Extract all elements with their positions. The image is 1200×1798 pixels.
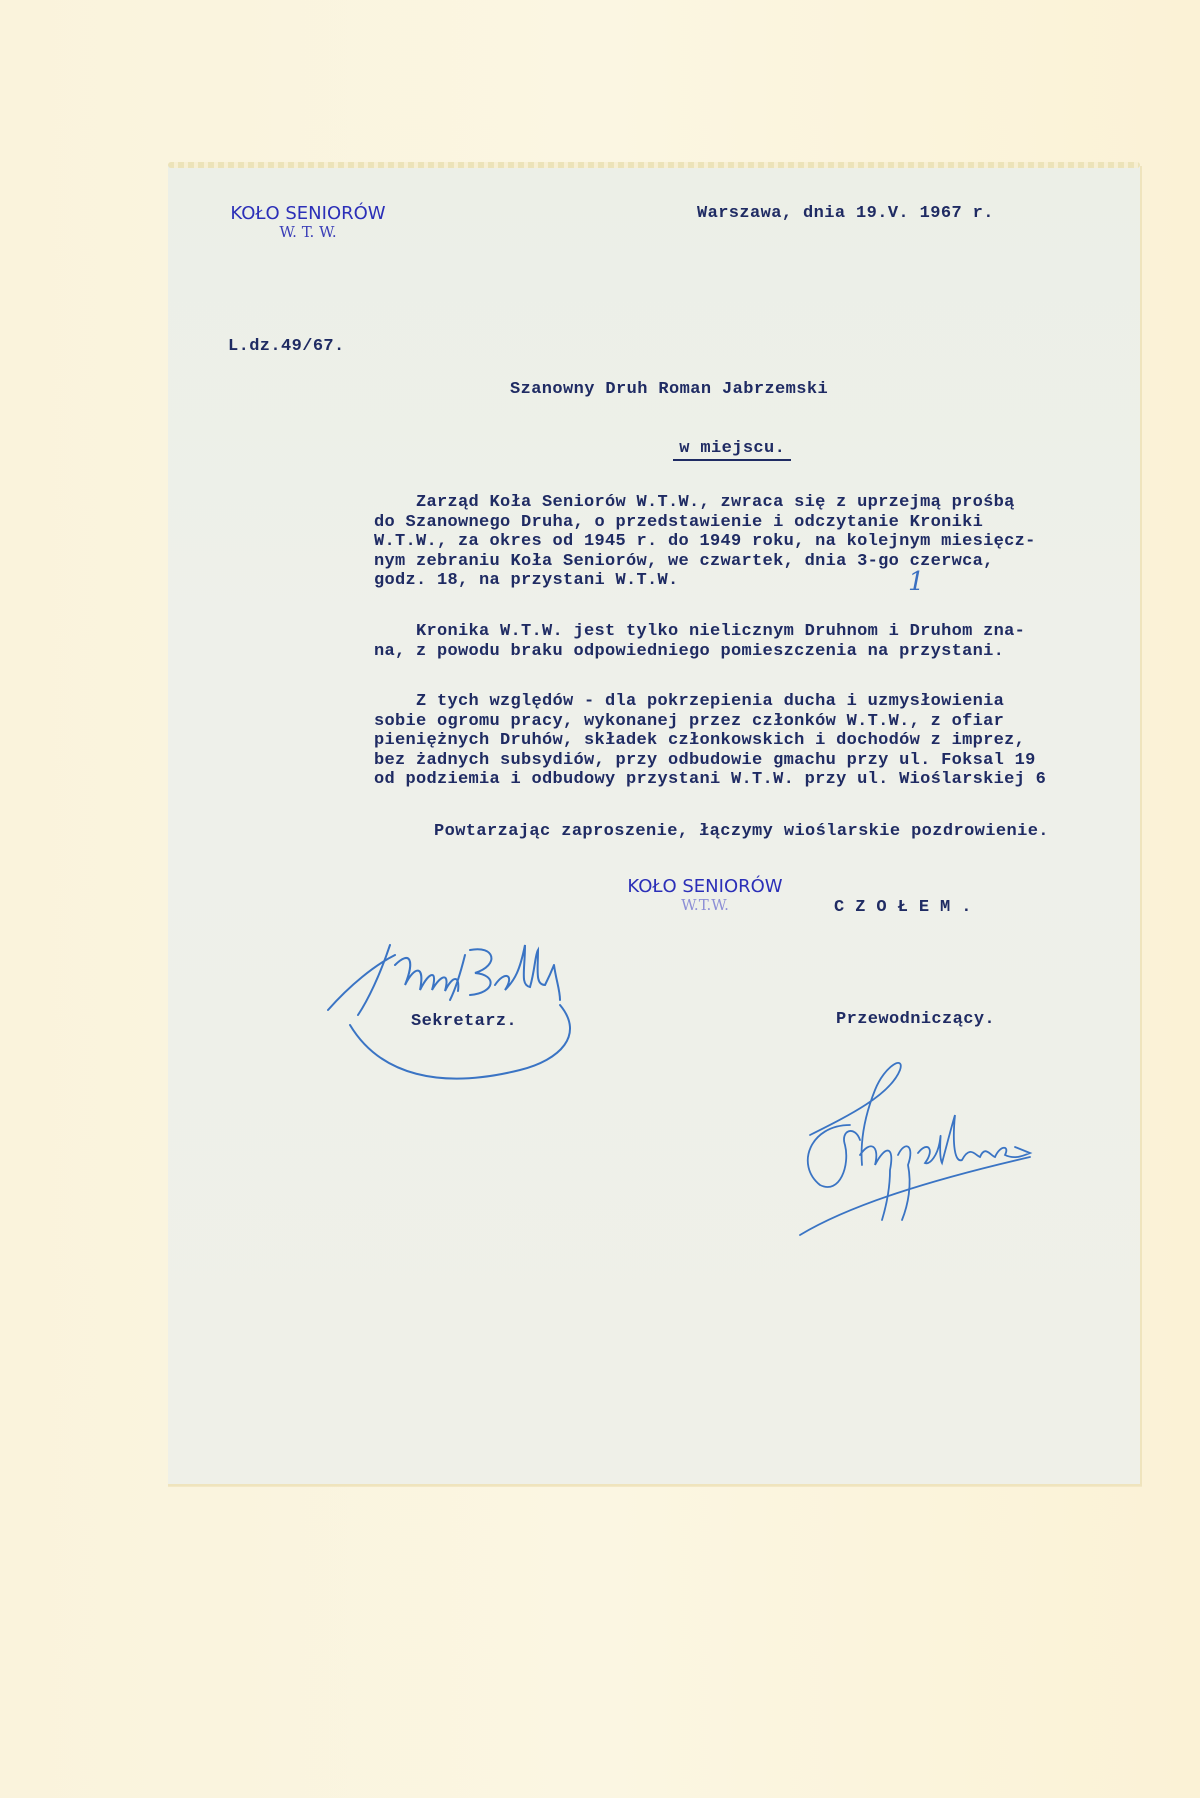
paragraph-line: W.T.W., za okres od 1945 r. do 1949 roku…	[374, 532, 1134, 552]
paragraph-line: Zarząd Koła Seniorów W.T.W., zwraca się …	[374, 493, 1134, 513]
recipient-salutation: Szanowny Druh Roman Jabrzemski	[510, 380, 828, 399]
recipient-location-text: w miejscu.	[673, 439, 791, 461]
stamp-line-2: W.T.W.	[610, 896, 800, 914]
stamp-line-1: KOŁO SENIORÓW	[610, 878, 800, 896]
paragraph-line: pieniężnych Druhów, składek członkowskic…	[374, 731, 1134, 751]
paragraph-line: sobie ogromu pracy, wykonanej przez czło…	[374, 712, 1134, 732]
chairman-signature	[790, 1045, 1060, 1245]
handwritten-mark: 1	[908, 567, 925, 597]
paragraph-line: na, z powodu braku odpowiedniego pomiesz…	[374, 642, 1134, 662]
paragraph-line: bez żadnych subsydiów, przy odbudowie gm…	[374, 751, 1134, 771]
paragraph-2: Kronika W.T.W. jest tylko nielicznym Dru…	[374, 622, 1134, 661]
paragraph-3: Z tych względów - dla pokrzepienia ducha…	[374, 692, 1134, 790]
paragraph-line: godz. 18, na przystani W.T.W.	[374, 571, 1134, 591]
chairman-title: Przewodniczący.	[836, 1010, 995, 1029]
recipient-location: w miejscu.	[652, 420, 791, 458]
closing-stamp: KOŁO SENIORÓW W.T.W.	[610, 878, 800, 914]
stamp-line-2: W. T. W.	[218, 223, 398, 241]
paragraph-line: Z tych względów - dla pokrzepienia ducha…	[374, 692, 1134, 712]
paragraph-1: Zarząd Koła Seniorów W.T.W., zwraca się …	[374, 493, 1134, 591]
reference-number: L.dz.49/67.	[228, 337, 345, 356]
closing-line: Powtarzając zaproszenie, łączymy wioślar…	[434, 822, 1049, 841]
secretary-signature	[320, 925, 650, 1095]
stamp-line-1: KOŁO SENIORÓW	[218, 205, 398, 223]
secretary-title: Sekretarz.	[411, 1012, 517, 1031]
greeting: C Z O Ł E M .	[834, 898, 972, 917]
paragraph-line: nym zebraniu Koła Seniorów, we czwartek,…	[374, 552, 1134, 572]
paragraph-line: Kronika W.T.W. jest tylko nielicznym Dru…	[374, 622, 1134, 642]
paragraph-line: do Szanownego Druha, o przedstawienie i …	[374, 513, 1134, 533]
paragraph-line: od podziemia i odbudowy przystani W.T.W.…	[374, 770, 1134, 790]
letterhead-stamp: KOŁO SENIORÓW W. T. W.	[218, 205, 398, 241]
place-date: Warszawa, dnia 19.V. 1967 r.	[697, 204, 994, 223]
